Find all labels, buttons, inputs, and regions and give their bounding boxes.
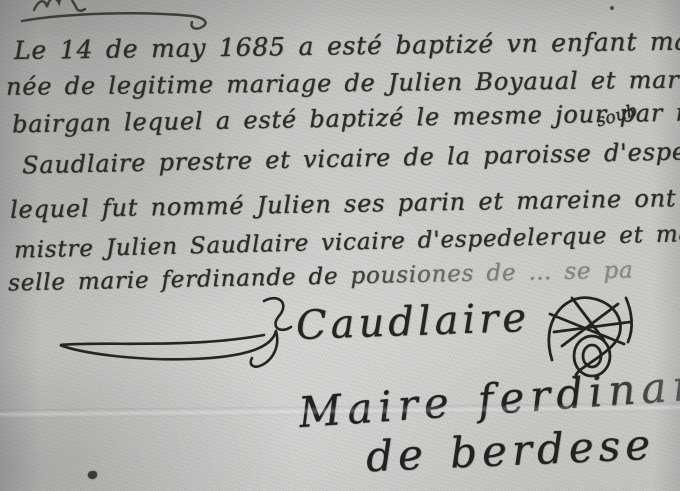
record-line-4: Saudlaire prestre et vicaire de la paroi… bbox=[22, 137, 680, 180]
record-line-6: mistre Julien Saudlaire vicaire d'espede… bbox=[14, 220, 680, 263]
ink-speck bbox=[610, 6, 614, 10]
record-line-5: lequel fut nommé Julien ses parin et mar… bbox=[10, 184, 677, 224]
cutoff-previous-entry-fragment bbox=[12, 0, 242, 32]
manuscript-page: Le 14 de may 1685 a esté baptizé vn enfa… bbox=[0, 0, 680, 491]
record-line-3: bairgan lequel a esté baptizé le mesme j… bbox=[12, 98, 680, 139]
ink-blot bbox=[88, 471, 97, 479]
signature-monogram-flourish bbox=[52, 293, 302, 371]
record-line-2: née de legitime mariage de Julien Boyaua… bbox=[6, 65, 680, 101]
priest-signature: Caudlaire bbox=[295, 295, 531, 349]
